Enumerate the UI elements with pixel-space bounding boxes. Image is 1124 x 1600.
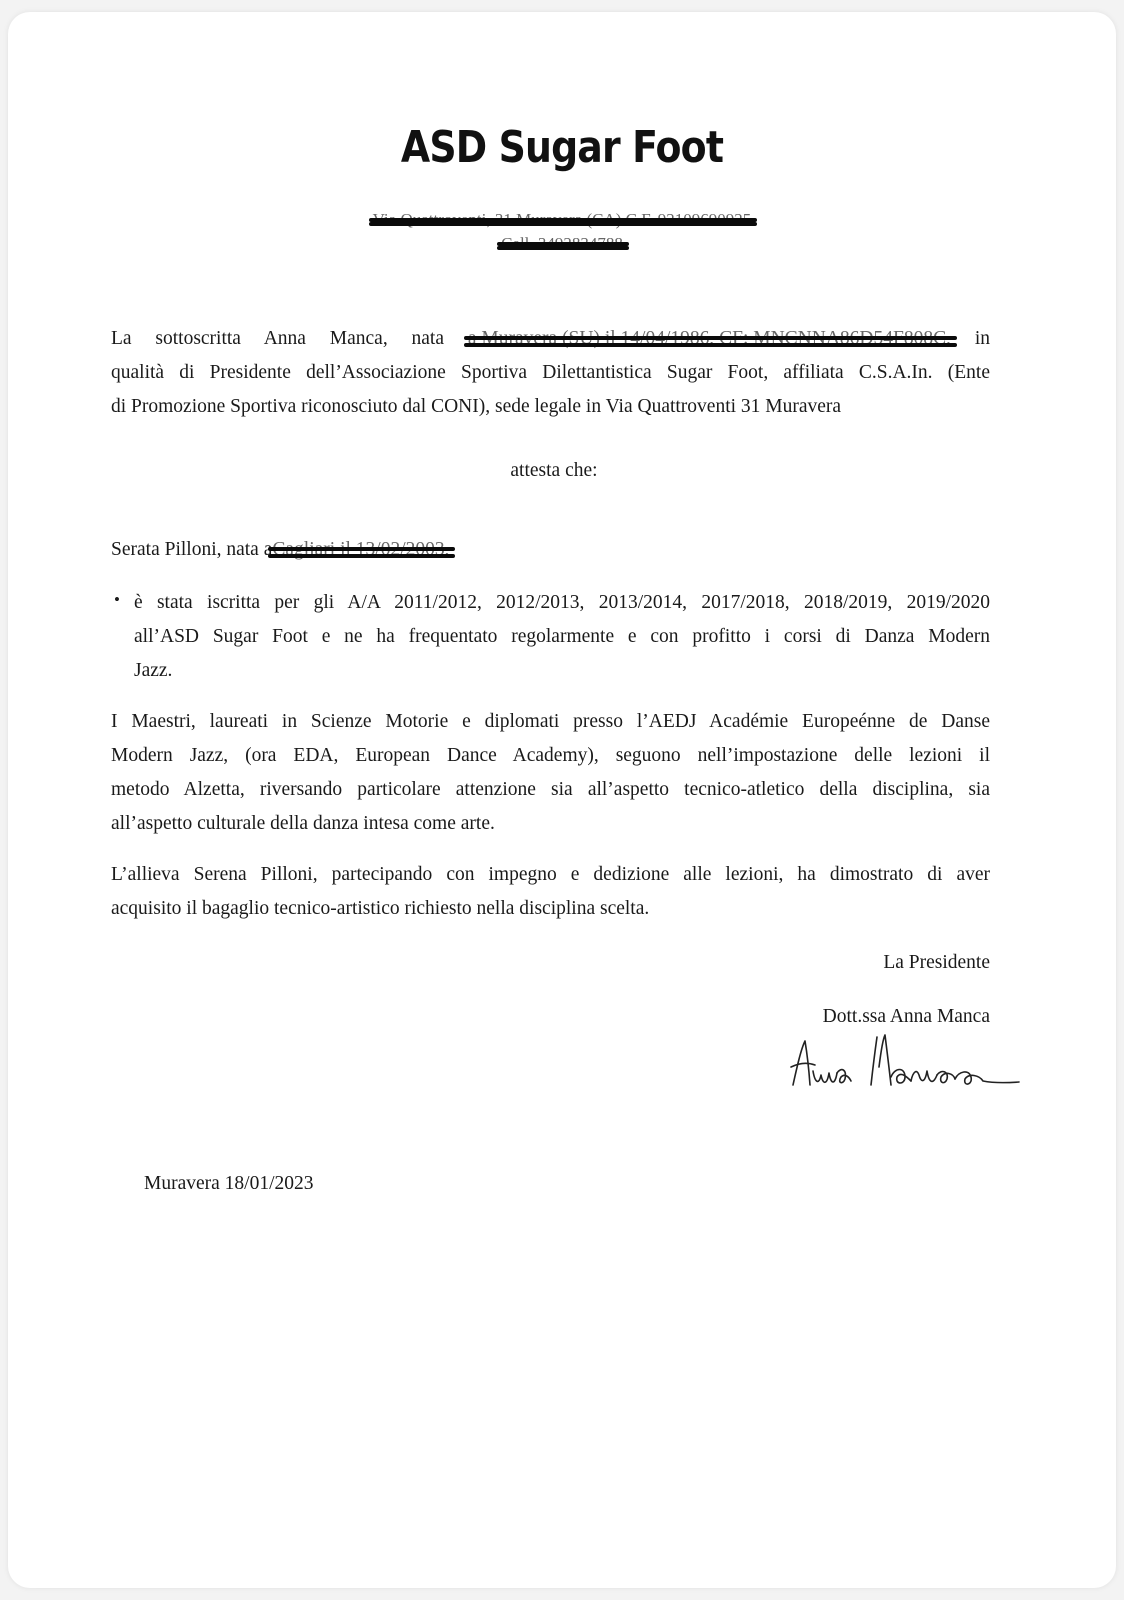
- allieva-paragraph: L’allieva Serena Pilloni, partecipando c…: [111, 858, 990, 926]
- redacted-student-birth: Cagliari il 13/02/2003,: [272, 533, 449, 567]
- letterhead-address: Via Quattroventi, 31 Muravera (CA) C.F. …: [8, 210, 1116, 230]
- maestri-line-2: Modern Jazz, (ora EDA, European Dance Ac…: [111, 739, 990, 773]
- allieva-line-2: acquisito il bagaglio tecnico-artistico …: [111, 892, 990, 926]
- place-date: Muravera 18/01/2023: [144, 1167, 314, 1201]
- intro-line-3: di Promozione Sportiva riconosciuto dal …: [111, 390, 990, 424]
- redacted-birth-data: a Muravera (SU) il 14/04/1986, CF: MNCNN…: [468, 322, 951, 356]
- maestri-line-3: metodo Alzetta, riversando particolare a…: [111, 773, 990, 807]
- bullet-icon: •: [114, 590, 120, 610]
- intro-line-2: qualità di Presidente dell’Associazione …: [111, 356, 990, 390]
- student-line: Serata Pilloni, nata aCagliari il 13/02/…: [111, 533, 990, 567]
- closing-role: La Presidente: [883, 952, 990, 974]
- redacted-address: Via Quattroventi, 31 Muravera (CA) C.F. …: [373, 210, 752, 230]
- attesta-heading: attesta che:: [0, 460, 1108, 482]
- bullet-line-2: all’ASD Sugar Foot e ne ha frequentato r…: [134, 620, 990, 654]
- letterhead-phone: Cell. 3492834788: [8, 234, 1116, 254]
- maestri-line-1: I Maestri, laureati in Scienze Motorie e…: [111, 705, 990, 739]
- redacted-phone: Cell. 3492834788: [501, 234, 623, 254]
- bullet-line-1: è stata iscritta per gli A/A 2011/2012, …: [134, 586, 990, 620]
- closing-name: Dott.ssa Anna Manca: [823, 1006, 990, 1028]
- bullet-line-3: Jazz.: [134, 654, 990, 688]
- intro-paragraph: La sottoscritta Anna Manca, nata a Murav…: [111, 322, 990, 424]
- maestri-line-4: all’aspetto culturale della danza intesa…: [111, 807, 990, 841]
- document-page: ASD Sugar Foot Via Quattroventi, 31 Mura…: [8, 12, 1116, 1588]
- signature-icon: [783, 1027, 1023, 1102]
- enrollment-bullet: è stata iscritta per gli A/A 2011/2012, …: [134, 586, 990, 688]
- letterhead-title: ASD Sugar Foot: [86, 122, 1039, 173]
- intro-line-1: La sottoscritta Anna Manca, nata a Murav…: [111, 322, 990, 356]
- maestri-paragraph: I Maestri, laureati in Scienze Motorie e…: [111, 705, 990, 841]
- allieva-line-1: L’allieva Serena Pilloni, partecipando c…: [111, 858, 990, 892]
